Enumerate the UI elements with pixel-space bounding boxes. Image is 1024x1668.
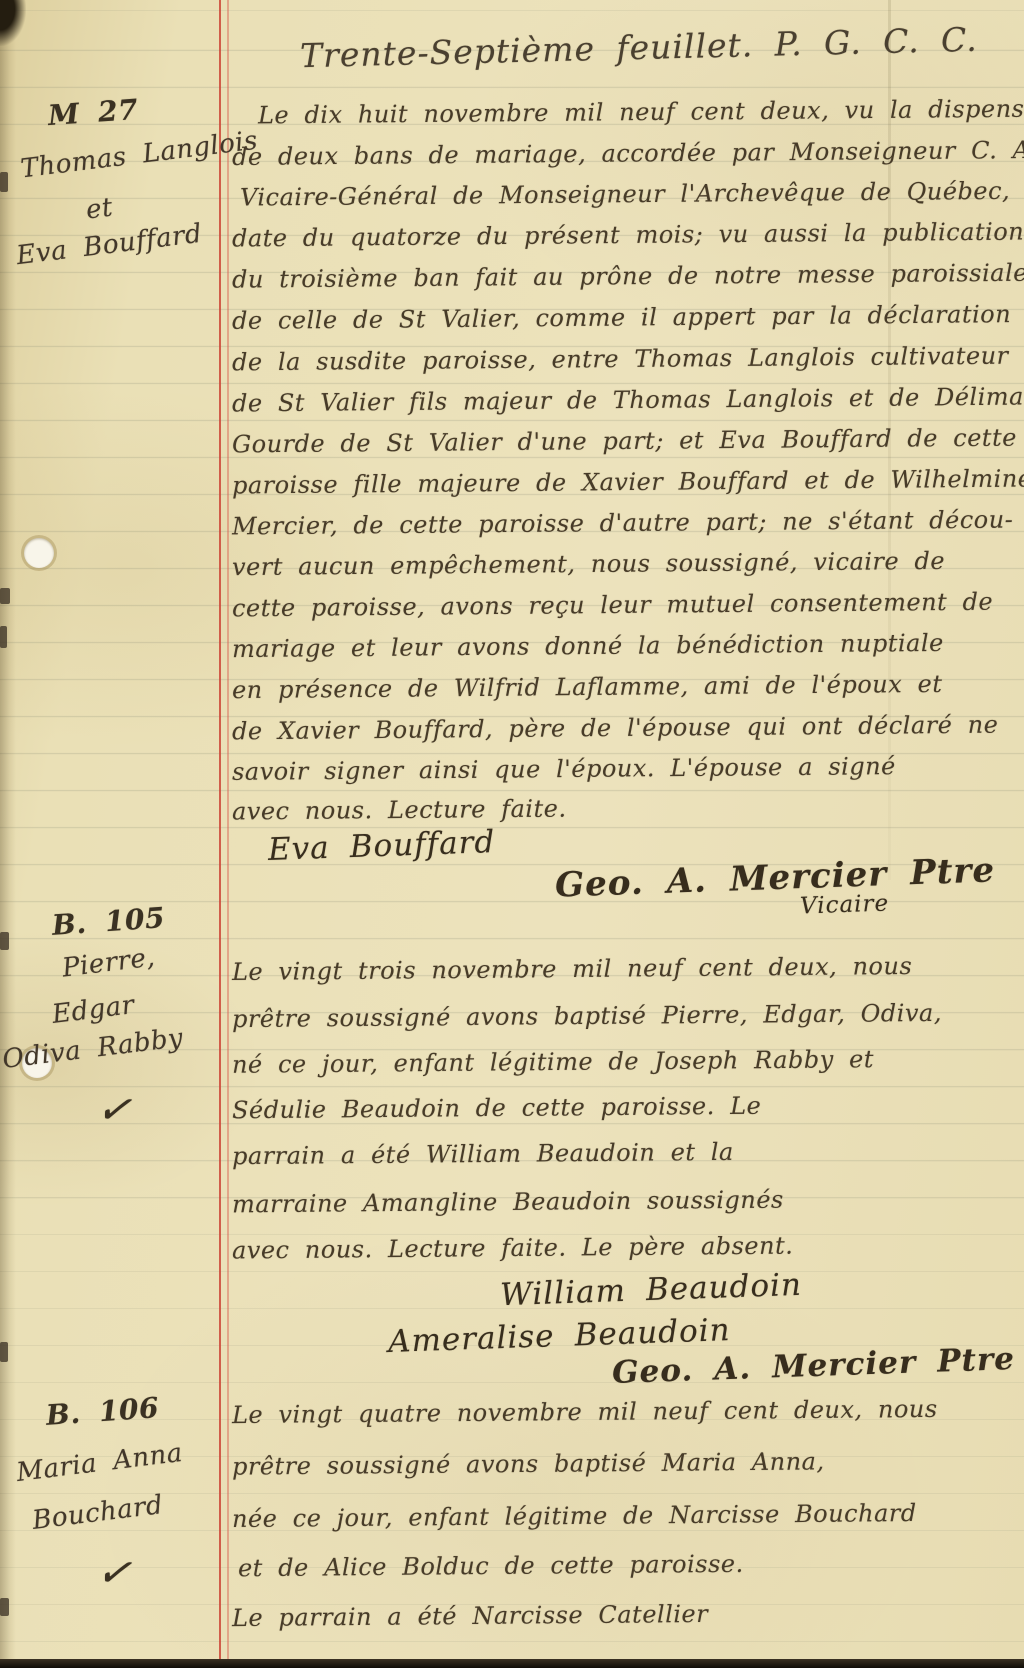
margin-groom-name: Thomas Langlois [19, 126, 259, 185]
record-line: Le parrain a été Narcisse Catellier [232, 1600, 708, 1632]
record-line: du troisième ban fait au prône de notre … [232, 258, 1024, 293]
record-line: né ce jour, enfant légitime de Joseph Ra… [232, 1045, 874, 1079]
record-line: née ce jour, enfant légitime de Narcisse… [232, 1499, 917, 1533]
record-line: Gourde de St Valier d'une part; et Eva B… [232, 424, 1017, 459]
record-line: Sédulie Beaudoin de cette paroisse. Le [232, 1092, 762, 1125]
signature-eva-bouffard: Eva Bouffard [267, 824, 495, 868]
margin-child-name: Odiva Rabby [1, 1023, 185, 1075]
record-line: de St Valier fils majeur de Thomas Langl… [232, 383, 1024, 418]
margin-record-number: B. 105 [51, 901, 166, 942]
signature-priest-title: Vicaire [800, 890, 890, 919]
margin-child-name: Pierre, [61, 942, 157, 983]
scan-artifact [0, 172, 8, 192]
record-line: cette paroisse, avons reçu leur mutuel c… [232, 588, 993, 623]
margin-record-number: B. 106 [45, 1391, 160, 1432]
record-line: Vicaire-Général de Monseigneur l'Archevê… [240, 176, 1024, 211]
record-line: date du quatorze du présent mois; vu aus… [232, 218, 1024, 253]
margin-child-name: Maria Anna [15, 1438, 185, 1488]
record-line: prêtre soussigné avons baptisé Maria Ann… [232, 1447, 825, 1480]
scan-artifact [0, 626, 7, 648]
record-line: paroisse fille majeure de Xavier Bouffar… [232, 465, 1024, 500]
record-line: vert aucun empêchement, nous soussigné, … [232, 547, 945, 581]
check-mark: ✓ [92, 1083, 144, 1135]
register-page-scan: Trente-Septième feuillet. P. G. C. C. M … [0, 0, 1024, 1668]
scan-artifact [0, 1342, 8, 1362]
page-title: Trente-Septième feuillet. P. G. C. C. [300, 20, 978, 76]
red-margin-rule [219, 0, 221, 1668]
record-line: Mercier, de cette paroisse d'autre part;… [232, 506, 1013, 541]
record-line: avec nous. Lecture faite. Le père absent… [232, 1232, 794, 1265]
scan-artifact [0, 0, 26, 46]
record-line: marraine Amangline Beaudoin soussignés [232, 1186, 784, 1219]
record-line: de Xavier Bouffard, père de l'épouse qui… [232, 711, 999, 746]
margin-child-name: Bouchard [31, 1490, 165, 1536]
record-line: parrain a été William Beaudoin et la [232, 1138, 734, 1170]
record-line: Le vingt quatre novembre mil neuf cent d… [232, 1395, 938, 1429]
record-line: et de Alice Bolduc de cette paroisse. [238, 1550, 744, 1582]
record-line: avec nous. Lecture faite. [232, 795, 567, 826]
punch-hole [24, 538, 54, 568]
record-line: Le vingt trois novembre mil neuf cent de… [232, 952, 912, 986]
signature-priest: Geo. A. Mercier Ptre [554, 850, 995, 905]
check-mark: ✓ [92, 1546, 144, 1598]
record-line: prêtre soussigné avons baptisé Pierre, E… [232, 999, 942, 1033]
record-line: Le dix huit novembre mil neuf cent deux,… [258, 95, 1024, 130]
margin-bride-name: Eva Bouffard [15, 219, 204, 272]
scan-artifact [0, 1598, 9, 1616]
record-line: mariage et leur avons donné la bénédicti… [232, 629, 944, 663]
record-line: de la susdite paroisse, entre Thomas Lan… [232, 342, 1009, 377]
record-line: de celle de St Valier, comme il appert p… [232, 299, 1024, 335]
margin-child-name: Edgar [50, 990, 136, 1030]
record-line: de deux bans de mariage, accordée par Mo… [232, 135, 1024, 171]
page-left-edge-shadow [0, 0, 16, 1668]
margin-et: et [84, 192, 114, 225]
scan-artifact [0, 588, 10, 604]
signature-william-beaudoin: William Beaudoin [499, 1267, 802, 1314]
record-line: en présence de Wilfrid Laflamme, ami de … [232, 670, 943, 704]
record-line: savoir signer ainsi que l'époux. L'épous… [232, 752, 896, 786]
scan-artifact [0, 932, 9, 950]
red-margin-rule-faint [227, 0, 229, 1668]
page-bottom-edge [0, 1659, 1024, 1668]
margin-record-number: M 27 [47, 93, 139, 132]
